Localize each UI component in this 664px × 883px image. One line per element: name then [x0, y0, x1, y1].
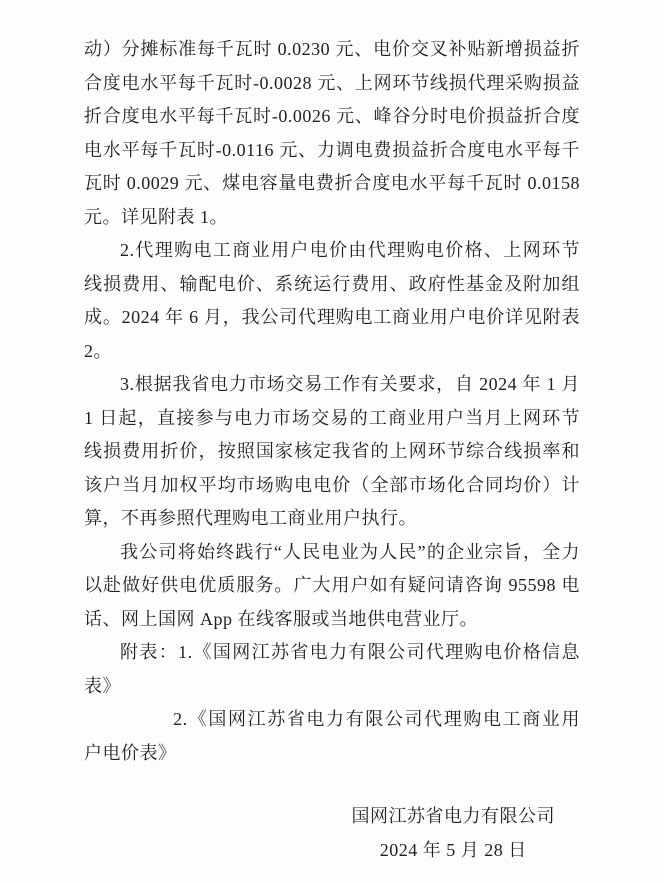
- text-line: 元。详见附表 1。: [84, 201, 580, 235]
- text-line: 算，不再参照代理购电工商业用户执行。: [84, 502, 580, 536]
- paragraph-attachment-list: 2.《国网江苏省电力有限公司代理购电工商业用 户电价表》: [84, 703, 580, 770]
- text-line: 2。: [84, 335, 580, 369]
- signature-inner: 国网江苏省电力有限公司 2024 年 5 月 28 日: [352, 800, 556, 867]
- signature-company: 国网江苏省电力有限公司: [352, 800, 556, 834]
- document-page: 动）分摊标准每千瓦时 0.0230 元、电价交叉补贴新增损益折 合度电水平每千瓦…: [0, 0, 664, 883]
- document-body: 动）分摊标准每千瓦时 0.0230 元、电价交叉补贴新增损益折 合度电水平每千瓦…: [84, 33, 580, 770]
- paragraph: 2.代理购电工商业用户电价由代理购电价格、上网环节 线损费用、输配电价、系统运行…: [84, 234, 580, 368]
- text-line: 表》: [84, 670, 580, 704]
- text-line: 以赴做好供电优质服务。广大用户如有疑问请咨询 95598 电: [84, 569, 580, 603]
- text-line: 瓦时 0.0029 元、煤电容量电费折合度电水平每千瓦时 0.0158: [84, 167, 580, 201]
- paragraph: 动）分摊标准每千瓦时 0.0230 元、电价交叉补贴新增损益折 合度电水平每千瓦…: [84, 33, 580, 234]
- signature-block: 国网江苏省电力有限公司 2024 年 5 月 28 日: [84, 800, 580, 867]
- text-line: 附表：1.《国网江苏省电力有限公司代理购电价格信息: [84, 636, 580, 670]
- text-line: 电水平每千瓦时-0.0116 元、力调电费损益折合度电水平每千: [84, 134, 580, 168]
- text-line: 2.代理购电工商业用户电价由代理购电价格、上网环节: [84, 234, 580, 268]
- paragraph: 我公司将始终践行“人民电业为人民”的企业宗旨，全力 以赴做好供电优质服务。广大用…: [84, 536, 580, 637]
- text-line: 线损费用、输配电价、系统运行费用、政府性基金及附加组: [84, 268, 580, 302]
- text-line: 3.根据我省电力市场交易工作有关要求，自 2024 年 1 月: [84, 368, 580, 402]
- text-line: 我公司将始终践行“人民电业为人民”的企业宗旨，全力: [84, 536, 580, 570]
- text-line: 户电价表》: [84, 737, 580, 771]
- text-line: 合度电水平每千瓦时-0.0028 元、上网环节线损代理采购损益: [84, 67, 580, 101]
- text-line: 该户当月加权平均市场购电电价（全部市场化合同均价）计: [84, 469, 580, 503]
- text-line: 成。2024 年 6 月，我公司代理购电工商业用户电价详见附表: [84, 301, 580, 335]
- text-line: 话、网上国网 App 在线客服或当地供电营业厅。: [84, 603, 580, 637]
- paragraph-attachment-list: 附表：1.《国网江苏省电力有限公司代理购电价格信息 表》: [84, 636, 580, 703]
- paragraph: 3.根据我省电力市场交易工作有关要求，自 2024 年 1 月 1 日起，直接参…: [84, 368, 580, 536]
- text-line: 1 日起，直接参与电力市场交易的工商业用户当月上网环节: [84, 402, 580, 436]
- text-line: 折合度电水平每千瓦时-0.0026 元、峰谷分时电价损益折合度: [84, 100, 580, 134]
- signature-date: 2024 年 5 月 28 日: [380, 834, 527, 868]
- text-line: 线损费用折价，按照国家核定我省的上网环节综合线损率和: [84, 435, 580, 469]
- text-line: 2.《国网江苏省电力有限公司代理购电工商业用: [84, 703, 580, 737]
- text-line: 动）分摊标准每千瓦时 0.0230 元、电价交叉补贴新增损益折: [84, 33, 580, 67]
